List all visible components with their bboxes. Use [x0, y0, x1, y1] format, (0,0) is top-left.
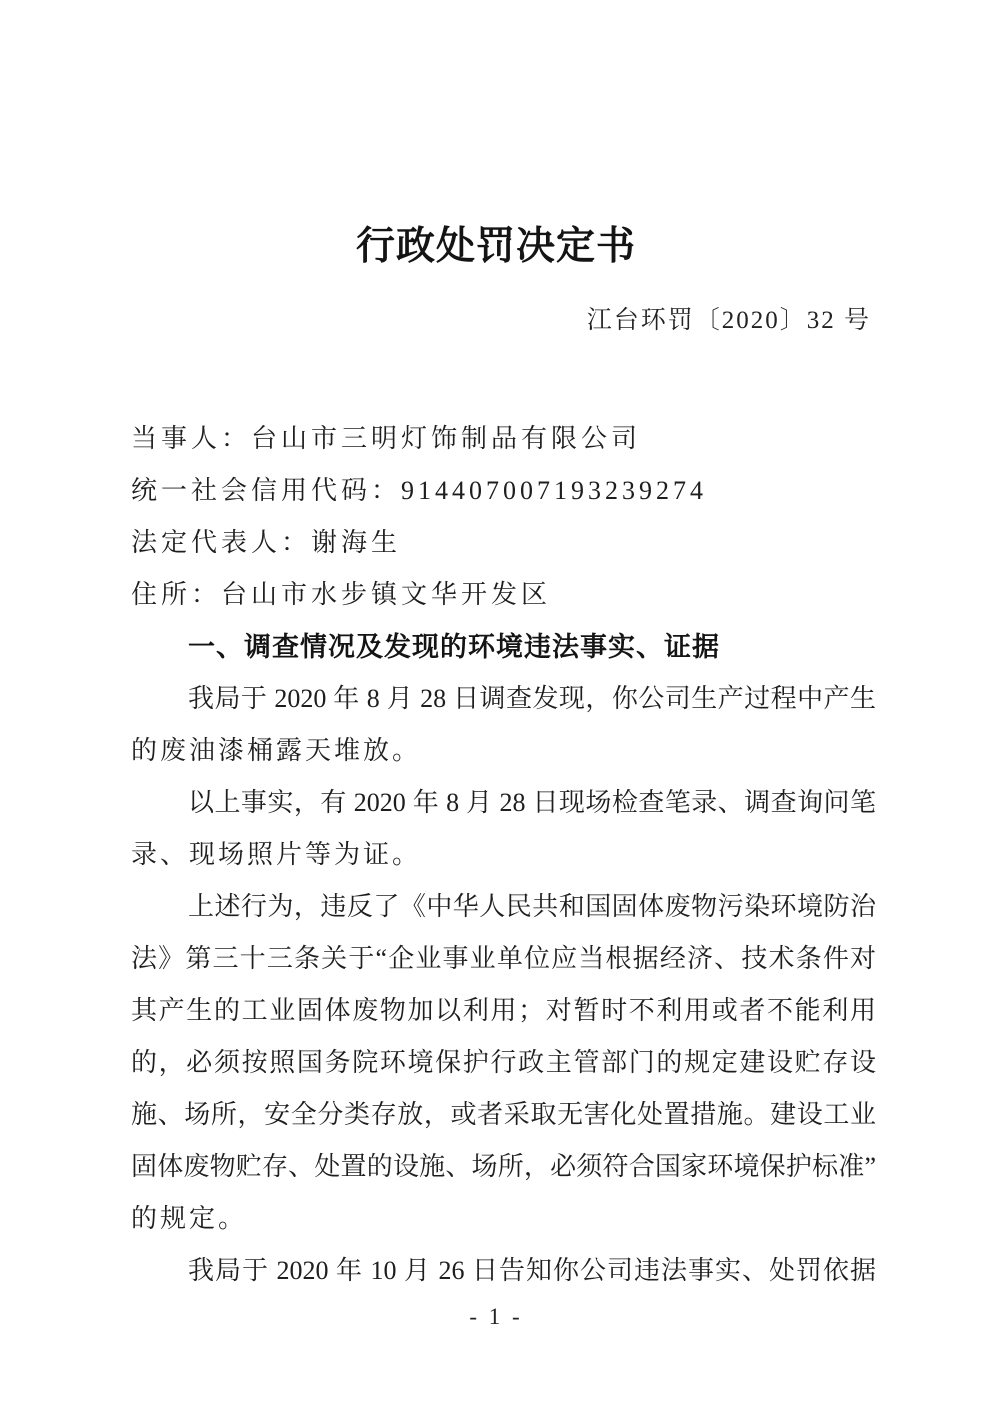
- party-info-line: 住所：台山市水步镇文华开发区: [131, 569, 876, 621]
- document-body: 当事人：台山市三明灯饰制品有限公司统一社会信用代码：91440700719323…: [131, 413, 876, 1297]
- party-info-line: 法定代表人：谢海生: [131, 517, 876, 569]
- body-text-line: 以上事实，有 2020 年 8 月 28 日现场检查笔录、调查询问笔: [131, 777, 876, 829]
- body-text-line: 我局于 2020 年 10 月 26 日告知你公司违法事实、处罚依据: [131, 1245, 876, 1297]
- body-text-line: 录、现场照片等为证。: [131, 829, 876, 881]
- body-text-line: 施、场所，安全分类存放，或者采取无害化处置措施。建设工业: [131, 1089, 876, 1141]
- body-text-line: 上述行为，违反了《中华人民共和国固体废物污染环境防治: [131, 881, 876, 933]
- party-info-line: 统一社会信用代码：914407007193239274: [131, 465, 876, 517]
- body-text-line: 固体废物贮存、处置的设施、场所，必须符合国家环境保护标准”: [131, 1141, 876, 1193]
- section-heading: 一、调查情况及发现的环境违法事实、证据: [131, 621, 876, 673]
- party-info-line: 当事人：台山市三明灯饰制品有限公司: [131, 413, 876, 465]
- document-title: 行政处罚决定书: [0, 219, 992, 275]
- body-text-line: 的废油漆桶露天堆放。: [131, 725, 876, 777]
- body-text-line: 的规定。: [131, 1193, 876, 1245]
- body-text-line: 法》第三十三条关于“企业事业单位应当根据经济、技术条件对: [131, 933, 876, 985]
- body-text-line: 其产生的工业固体废物加以利用；对暂时不利用或者不能利用: [131, 985, 876, 1037]
- document-page: 行政处罚决定书 江台环罚〔2020〕32 号 当事人：台山市三明灯饰制品有限公司…: [0, 0, 992, 1403]
- body-text-line: 的，必须按照国务院环境保护行政主管部门的规定建设贮存设: [131, 1037, 876, 1089]
- page-number: - 1 -: [0, 1302, 992, 1332]
- body-text-line: 我局于 2020 年 8 月 28 日调查发现，你公司生产过程中产生: [131, 673, 876, 725]
- document-number: 江台环罚〔2020〕32 号: [131, 304, 871, 338]
